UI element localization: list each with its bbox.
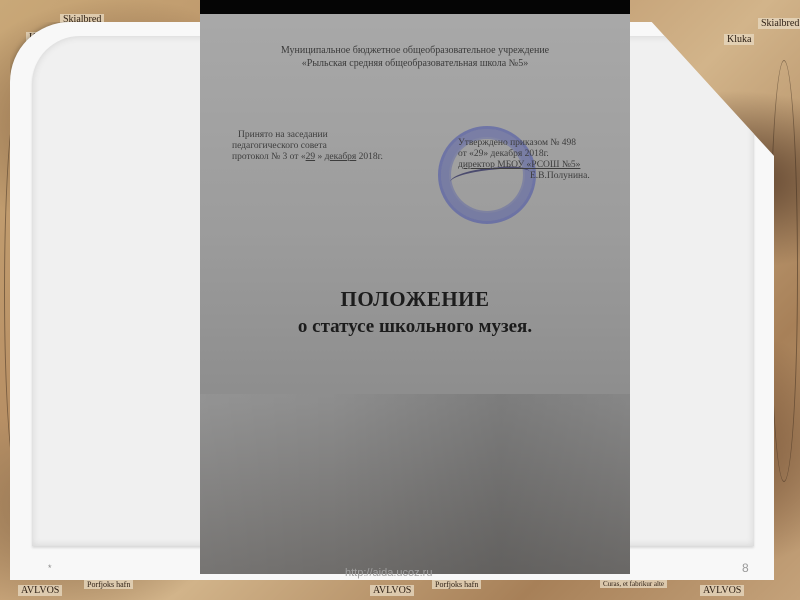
document-subtitle: о статусе школьного музея. bbox=[200, 316, 630, 338]
institution-name: Муниципальное бюджетное общеобразователь… bbox=[200, 44, 630, 70]
protocol-month: декабря bbox=[325, 152, 357, 162]
map-label: AVLVOS bbox=[370, 585, 414, 596]
director-name: Е.В.Полунина. bbox=[458, 171, 590, 182]
accepted-line: педагогического совета bbox=[232, 141, 383, 152]
map-label: Skialbred bbox=[758, 18, 800, 29]
protocol-sep: » bbox=[315, 152, 325, 162]
institution-line: Муниципальное бюджетное общеобразователь… bbox=[200, 44, 630, 57]
protocol-year: 2018г. bbox=[356, 152, 383, 162]
approved-line: директор МБОУ «РСОШ №5» bbox=[458, 160, 590, 171]
map-label: Kluka bbox=[724, 34, 754, 45]
map-label: AVLVOS bbox=[700, 585, 744, 596]
map-coastline bbox=[770, 60, 798, 482]
approved-block: Утверждено приказом № 498 от «29» декабр… bbox=[458, 138, 590, 182]
map-label: Curas, et fabrikur alte bbox=[600, 580, 667, 588]
protocol-prefix: протокол № 3 от « bbox=[232, 152, 306, 162]
institution-line: «Рыльская средняя общеобразовательная шк… bbox=[200, 57, 630, 70]
approved-line: Утверждено приказом № 498 bbox=[458, 138, 590, 149]
map-label: Porfjoks hafn bbox=[432, 580, 481, 589]
protocol-line: протокол № 3 от «29 » декабря 2018г. bbox=[232, 152, 383, 163]
approved-line: от «29» декабря 2018г. bbox=[458, 149, 590, 160]
slide-number: 8 bbox=[742, 561, 749, 575]
map-label: Porfjoks hafn bbox=[84, 580, 133, 589]
document-photo: Муниципальное бюджетное общеобразователь… bbox=[200, 0, 630, 574]
accepted-line: Принято на заседании bbox=[232, 130, 383, 141]
footer-url: http://aida.ucoz.ru bbox=[345, 567, 432, 579]
map-label: AVLVOS bbox=[18, 585, 62, 596]
document-title: ПОЛОЖЕНИЕ bbox=[200, 287, 630, 312]
footer-date: * bbox=[48, 563, 52, 573]
protocol-day: 29 bbox=[306, 152, 316, 162]
accepted-block: Принято на заседании педагогического сов… bbox=[232, 130, 383, 163]
